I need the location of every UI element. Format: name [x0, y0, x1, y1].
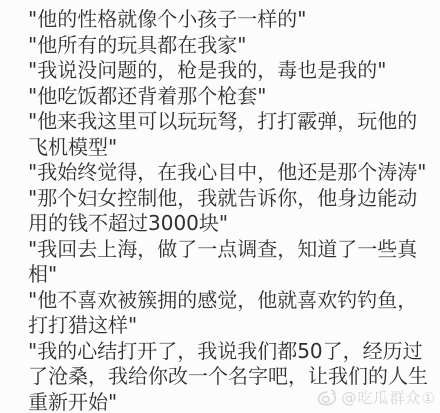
- weibo-watermark: @吃瓜群众①: [316, 386, 436, 409]
- quote-line: "我回去上海，做了一点调查，知道了一些真相": [28, 237, 430, 288]
- quote-line: "他不喜欢被簇拥的感觉，他就喜欢钓钓鱼，打打猎这样": [28, 288, 430, 339]
- quote-list: "他的性格就像个小孩子一样的" "他所有的玩具都在我家" "我说没问题的，枪是我…: [0, 0, 440, 413]
- quote-line: "那个妇女控制他，我就告诉你，他身边能动用的钱不超过3000块": [28, 186, 430, 237]
- watermark-handle: @吃瓜群众①: [342, 387, 436, 409]
- quote-line: "我说没问题的，枪是我的，毒也是我的": [28, 58, 430, 84]
- quote-line: "他吃饭都还背着那个枪套": [28, 84, 430, 110]
- quote-image: "他的性格就像个小孩子一样的" "他所有的玩具都在我家" "我说没问题的，枪是我…: [0, 0, 440, 413]
- quote-line: "他来我这里可以玩玩弩，打打霰弹，玩他的飞机模型": [28, 109, 430, 160]
- quote-line: "他所有的玩具都在我家": [28, 33, 430, 59]
- quote-line: "他的性格就像个小孩子一样的": [28, 7, 430, 33]
- weibo-logo-icon: [316, 386, 339, 409]
- quote-line: "我始终觉得，在我心目中，他还是那个涛涛": [28, 160, 430, 186]
